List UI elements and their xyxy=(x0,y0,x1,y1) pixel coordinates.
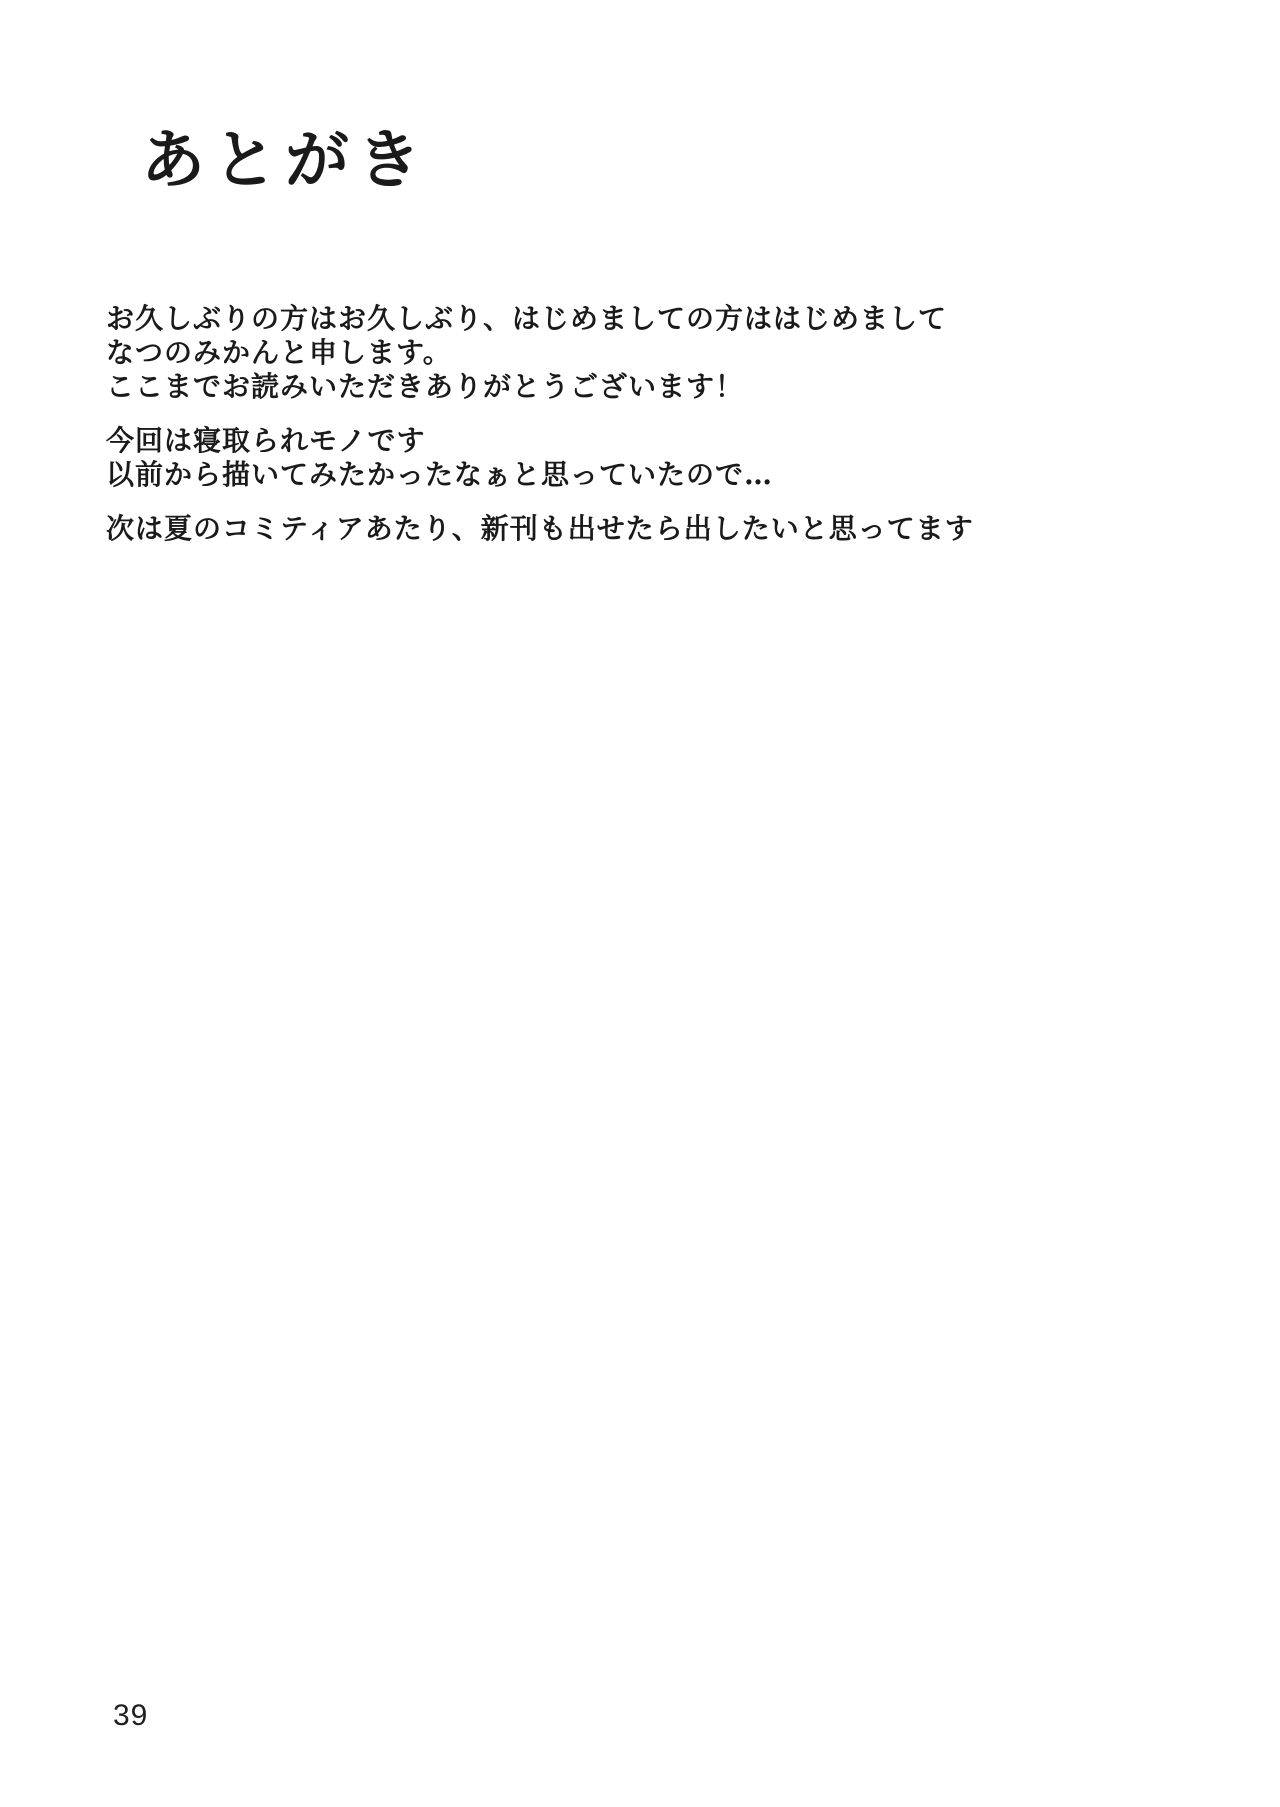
afterword-page: あとがき お久しぶりの方はお久しぶり、はじめましての方ははじめまして なつのみか… xyxy=(0,0,1280,1807)
text-line: お久しぶりの方はお久しぶり、はじめましての方ははじめまして xyxy=(106,302,974,336)
paragraph-theme: 今回は寝取られモノです 以前から描いてみたかったなぁと思っていたので… xyxy=(106,424,974,492)
text-line: なつのみかんと申します。 xyxy=(106,336,974,370)
text-line: ここまでお読みいただきありがとうございます！ xyxy=(106,370,974,404)
page-number: 39 xyxy=(113,1699,148,1733)
text-line: 次は夏のコミティアあたり、新刊も出せたら出したいと思ってます xyxy=(106,512,974,546)
paragraph-greeting: お久しぶりの方はお久しぶり、はじめましての方ははじめまして なつのみかんと申しま… xyxy=(106,302,974,404)
afterword-body: お久しぶりの方はお久しぶり、はじめましての方ははじめまして なつのみかんと申しま… xyxy=(106,302,974,566)
paragraph-next-event: 次は夏のコミティアあたり、新刊も出せたら出したいと思ってます xyxy=(106,512,974,546)
page-title: あとがき xyxy=(141,126,429,196)
text-line: 以前から描いてみたかったなぁと思っていたので… xyxy=(106,458,974,492)
text-line: 今回は寝取られモノです xyxy=(106,424,974,458)
